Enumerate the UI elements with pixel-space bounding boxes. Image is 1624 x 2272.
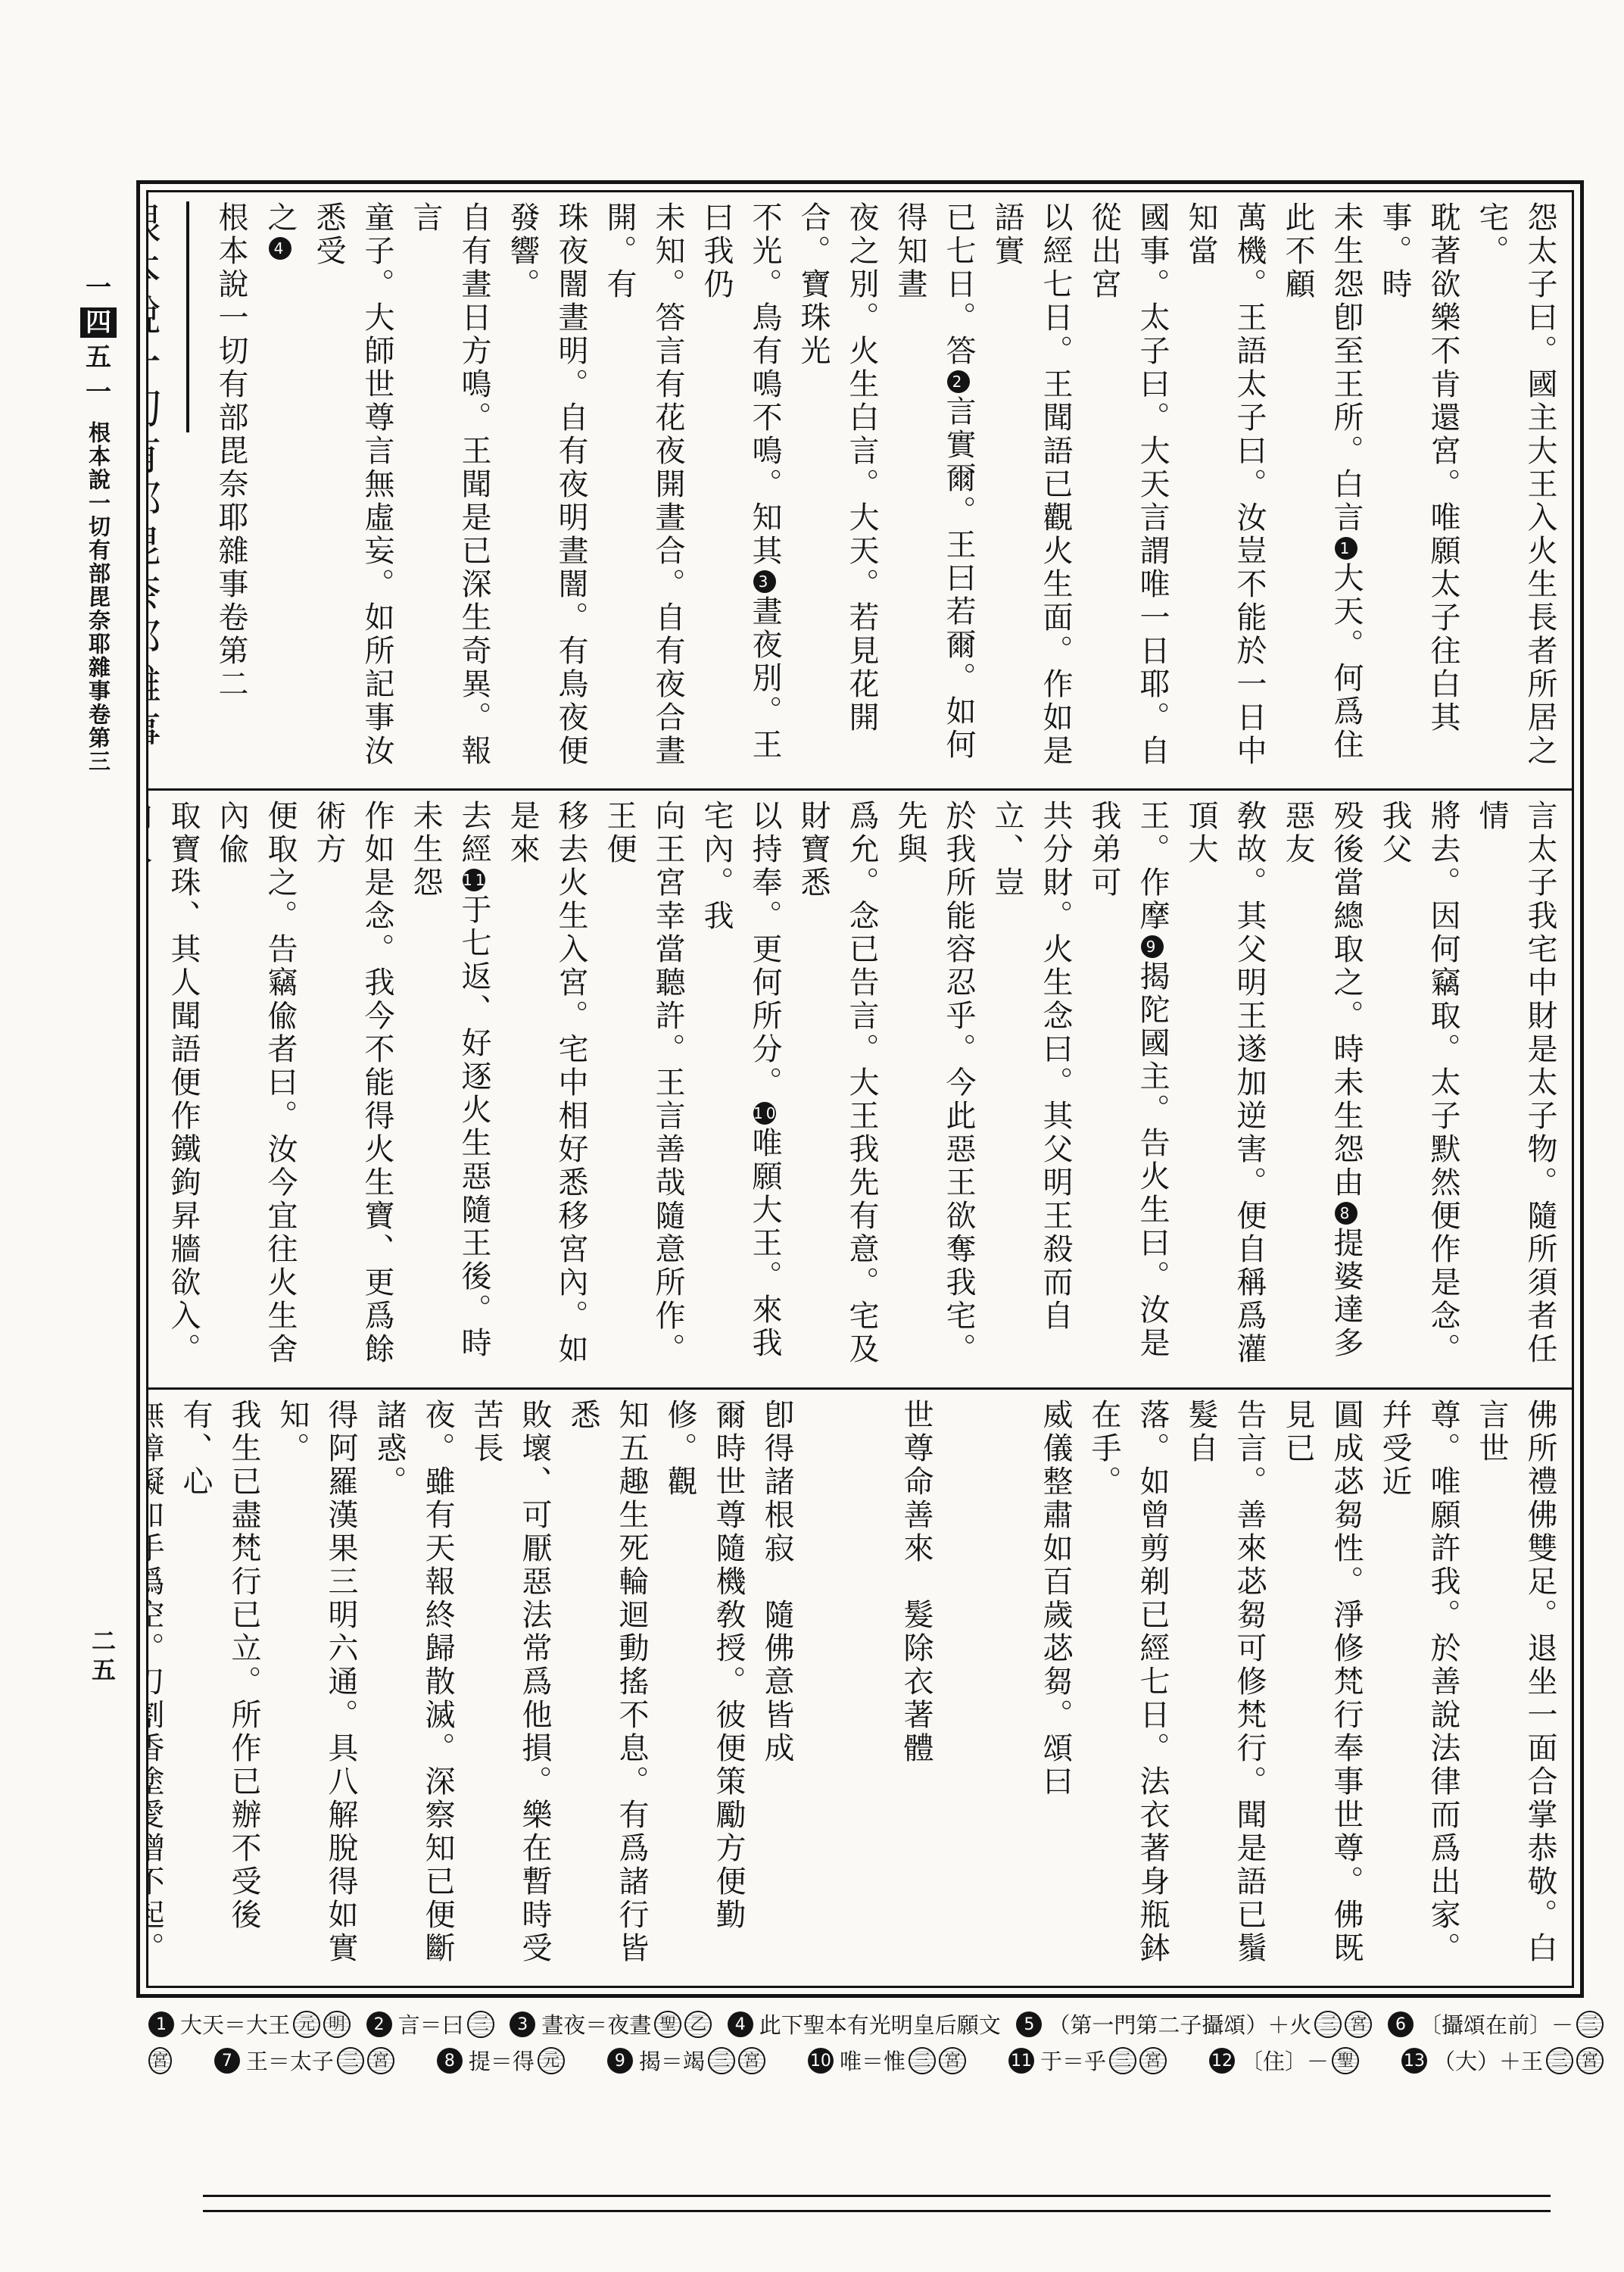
- footnote-text: 〔攝頌在前〕－: [1420, 2008, 1573, 2039]
- footnote-text: 唯＝惟: [840, 2045, 906, 2076]
- text-column: 自有晝日方鳴。王聞是已深生奇異。報言: [401, 201, 498, 779]
- variant-sigla: 乙: [684, 2011, 712, 2038]
- variant-sigla: 三: [1546, 2047, 1573, 2074]
- variant-sigla: 元: [538, 2047, 565, 2074]
- variant-sigla: 宮: [1139, 2047, 1167, 2074]
- footnote-marker: 4: [269, 237, 291, 260]
- variant-sigla: 三: [1109, 2047, 1136, 2074]
- footnote-text: 揭＝竭: [639, 2045, 705, 2076]
- text-column: 敎故。其父明王遂加逆害。便自稱爲灌頂大: [1177, 800, 1273, 1378]
- footnote-entry: 1大天＝大王元明: [148, 2008, 351, 2039]
- page: { "colors": { "ink": "#141414", "paper":…: [0, 0, 1624, 2272]
- footnote-number: 7: [214, 2048, 240, 2074]
- margin-text-number-char: 一: [80, 377, 117, 407]
- text-column: 國事。太子曰。大天言謂唯一日耶。自從出宮: [1080, 201, 1177, 779]
- register-bottom: 佛所禮佛雙足。退坐一面合掌恭敬。白言世尊。唯願許我。於善說法律而爲出家。幷受近圓…: [148, 1387, 1572, 1986]
- footnote-text: 〔住〕－: [1241, 2045, 1329, 2076]
- register-middle: 言太子我宅中財是太子物。隨所須者任情將去。因何竊取。太子默然便作是念。我父殁後當…: [148, 788, 1572, 1387]
- text-column: 殁後當總取之。時未生怨由8提婆達多惡友: [1273, 800, 1370, 1378]
- variant-sigla: 宮: [939, 2047, 966, 2074]
- text-column: 佛所禮佛雙足。退坐一面合掌恭敬。白言世: [1467, 1399, 1564, 1977]
- text-column: 共分財。火生念曰。其父明王殺而自立、豈: [983, 800, 1080, 1378]
- footnote-apparatus: 1大天＝大王元明2言＝曰三3晝夜＝夜晝聖乙4此下聖本有光明皇后願文5（第一門第二…: [148, 2008, 1604, 2081]
- page-bottom-rule: [203, 2195, 1551, 2197]
- footnote-entry: 13（大）＋王三宮: [1401, 2045, 1604, 2076]
- footnote-entry: 9揭＝竭三宮: [607, 2045, 765, 2076]
- footnote-entry: 8提＝得元: [437, 2045, 565, 2076]
- text-column: 向王宮幸當聽許。王言善哉隨意所作。王便: [595, 800, 692, 1378]
- verse-line: 世尊命善來 髮除衣著體: [892, 1399, 1031, 1977]
- text-frame-inner: 怨太子曰。國主大王入火生長者所居之宅。耽著欲樂不肯還宮。唯願太子往白其事。時未生…: [146, 190, 1574, 1988]
- text-column: 尊。唯願許我。於善說法律而爲出家。幷受近: [1370, 1399, 1467, 1977]
- variant-sigla: 宮: [1345, 2011, 1372, 2038]
- footnote-text: 晝夜＝夜晝: [541, 2008, 651, 2039]
- variant-sigla: 元: [293, 2011, 320, 2038]
- text-column: 去經11于七返、好逐火生惡隨王後。時未生怨: [401, 800, 498, 1378]
- footnote-marker: 10: [753, 1102, 776, 1125]
- margin-running-title: 根本說一切有部毘奈耶雜事卷第三: [83, 421, 114, 785]
- variant-sigla: 聖: [654, 2011, 681, 2038]
- text-frame: 怨太子曰。國主大王入火生長者所居之宅。耽著欲樂不肯還宮。唯願太子往白其事。時未生…: [136, 180, 1584, 1998]
- margin-folio-number: 二五: [85, 1628, 120, 1686]
- text-column: 不光。鳥有鳴不鳴。知其3晝夜別。王曰我仍: [692, 201, 789, 779]
- footnote-row: 宮7王＝太子三宮8提＝得元9揭＝竭三宮10唯＝惟三宮11于＝乎三宮12〔住〕－聖…: [148, 2045, 1604, 2076]
- margin-text-number-char: 五: [80, 342, 117, 373]
- footnote-text: 言＝曰: [398, 2008, 464, 2039]
- text-column: 耽著欲樂不肯還宮。唯願太子往白其事。時: [1370, 201, 1467, 779]
- text-column: 童子。大師世尊言無虛妄。如所記事汝悉受: [304, 201, 401, 779]
- margin-text-number-char: 一: [80, 273, 117, 303]
- text-column: 怨太子曰。國主大王入火生長者所居之宅。: [1467, 201, 1564, 779]
- fascicle-end-colophon: 根本說一切有部毘奈耶雜事卷第二: [206, 201, 256, 779]
- footnote-marker: 8: [1335, 1202, 1357, 1225]
- footnote-entry: 10唯＝惟三宮: [808, 2045, 966, 2076]
- footnote-text: 此下聖本有光明皇后願文: [759, 2008, 1001, 2039]
- text-column: 作如是念。我今不能得火生寶、更爲餘術方: [304, 800, 401, 1378]
- text-column: 之4: [256, 201, 304, 779]
- text-column: 取寶珠、其人聞語便作鐵鉤昇牆欲入。內人: [148, 800, 207, 1378]
- page-bottom-rule: [203, 2210, 1551, 2212]
- footnote-marker: 9: [1141, 935, 1164, 958]
- text-column: 言太子我宅中財是太子物。隨所須者任情: [1467, 800, 1564, 1378]
- margin-text-number-char: 四: [80, 307, 117, 338]
- footnote-number: 3: [510, 2011, 535, 2037]
- text-column: 得阿羅漢果三明六通。具八解脫得如實知。: [268, 1399, 365, 1977]
- variant-sigla: 三: [467, 2011, 494, 2038]
- variant-sigla: 三: [337, 2047, 364, 2074]
- footnote-marker: 1: [1335, 537, 1357, 560]
- text-column: 珠夜闇晝明。自有夜明晝闇。有鳥夜便發響。: [498, 201, 595, 779]
- variant-sigla: 明: [323, 2011, 351, 2038]
- text-column: 落。如曾剪剃已經七日。法衣著身瓶鉢在手。: [1080, 1399, 1177, 1977]
- footnote-entry: 2言＝曰三: [366, 2008, 494, 2039]
- text-column: 王。作摩9揭陀國主。告火生曰。汝是我弟可: [1080, 800, 1177, 1378]
- footnote-number: 10: [808, 2048, 834, 2074]
- footnote-number: 5: [1016, 2011, 1042, 2037]
- text-column: 爾時世尊隨機敎授。彼便策勵方便勤修。觀: [656, 1399, 753, 1977]
- variant-sigla: 三: [1576, 2011, 1604, 2038]
- footnote-entry: 12〔住〕－聖: [1209, 2045, 1359, 2076]
- footnote-text: （第一門第二子攝頌）＋火: [1048, 2008, 1311, 2039]
- text-column: 告言。善來苾芻可修梵行。聞是語已鬚髮自: [1177, 1399, 1273, 1977]
- text-column: 便取之。告竊偸者曰。汝今宜往火生舍內偸: [207, 800, 304, 1378]
- variant-sigla: 宮: [148, 2047, 172, 2074]
- footnote-text: 大天＝大王: [180, 2008, 290, 2039]
- text-column: 未生怨卽至王所。白言1大天。何爲住此不顧: [1273, 201, 1370, 779]
- margin-text-number: 一四五一: [80, 273, 117, 412]
- footnote-number: 1: [148, 2011, 174, 2037]
- footnote-entry: 6〔攝頌在前〕－三: [1388, 2008, 1604, 2039]
- text-column: 敗壞、可厭惡法常爲他損。樂在暫時受苦長: [462, 1399, 559, 1977]
- variant-sigla: 三: [1314, 2011, 1342, 2038]
- footnote-number: 2: [366, 2011, 392, 2037]
- footnote-marker: 2: [947, 370, 970, 393]
- footnote-marker: 3: [753, 570, 776, 593]
- text-column: 萬機。王語太子曰。汝豈不能於一日中知當: [1177, 201, 1273, 779]
- variant-sigla: 宮: [367, 2047, 394, 2074]
- variant-sigla: 宮: [1576, 2047, 1604, 2074]
- text-column: 無障礙如手撝空。刀割香塗愛憎不起。觀金: [148, 1399, 171, 1977]
- footnote-number: 4: [728, 2011, 753, 2037]
- footnote-number: 6: [1388, 2011, 1414, 2037]
- footnote-text: 王＝太子: [246, 2045, 334, 2076]
- text-column: 將去。因何竊取。太子默然便作是念。我父: [1370, 800, 1467, 1378]
- footnote-entry: 4此下聖本有光明皇后願文: [728, 2008, 1001, 2039]
- footnote-row: 1大天＝大王元明2言＝曰三3晝夜＝夜晝聖乙4此下聖本有光明皇后願文5（第一門第二…: [148, 2008, 1604, 2039]
- register-top: 怨太子曰。國主大王入火生長者所居之宅。耽著欲樂不肯還宮。唯願太子往白其事。時未生…: [148, 192, 1572, 788]
- footnote-marker: 11: [463, 869, 485, 891]
- variant-sigla: 三: [909, 2047, 936, 2074]
- variant-sigla: 三: [708, 2047, 735, 2074]
- footnote-number: 11: [1008, 2048, 1034, 2074]
- footnote-number: 9: [607, 2048, 633, 2074]
- footnote-entry: 11于＝乎三宮: [1008, 2045, 1167, 2076]
- footnote-text: （大）＋王: [1433, 2045, 1543, 2076]
- text-column: 以經七日。王聞語已觀火生面。作如是語實: [983, 201, 1080, 779]
- verse-line: 卽得諸根寂 隨佛意皆成: [753, 1399, 892, 1977]
- text-column: 圓成苾芻性。淨修梵行奉事世尊。佛既見已: [1273, 1399, 1370, 1977]
- variant-sigla: 聖: [1332, 2047, 1359, 2074]
- text-column: 夜之別。火生白言。大天。若見花開合。寶珠光: [789, 201, 886, 779]
- variant-sigla: 宮: [738, 2047, 765, 2074]
- text-column: 未知。答言有花夜開晝合。自有夜合晝開。有: [595, 201, 692, 779]
- text-column: 移去火生入宮。宅中相好悉移宮內。如是來: [498, 800, 595, 1378]
- text-column: 以持奉。更何所分。10唯願大王。來我宅內。我: [692, 800, 789, 1378]
- section-divider: [186, 201, 189, 432]
- fascicle-title: 根本說一切有部毘奈耶雜事: [148, 201, 170, 779]
- text-column: 我生已盡梵行已立。所作已辦不受後有、心: [171, 1399, 268, 1977]
- footnote-entry: 5（第一門第二子攝頌）＋火三宮: [1016, 2008, 1372, 2039]
- text-column: 夜。雖有天報終歸散滅。深察知已便斷諸惑。: [365, 1399, 462, 1977]
- text-column: 爲允。念已告言。大王我先有意。宅及財寶悉: [789, 800, 886, 1378]
- footnote-number: 12: [1209, 2048, 1235, 2074]
- footnote-number: 13: [1401, 2048, 1427, 2074]
- text-column: 威儀整肅如百歲苾芻。頌曰: [1031, 1399, 1080, 1977]
- footnote-entry: 3晝夜＝夜晝聖乙: [510, 2008, 712, 2039]
- footnote-entry: 7王＝太子三宮: [214, 2045, 394, 2076]
- footnote-text: 提＝得: [469, 2045, 535, 2076]
- text-column: 已七日。答2言實爾。王曰若爾。如何得知晝: [886, 201, 983, 779]
- footnote-text: 于＝乎: [1040, 2045, 1106, 2076]
- footnote-number: 8: [437, 2048, 463, 2074]
- text-column: 知五趣生死輪迴動搖不息。有爲諸行皆悉: [559, 1399, 656, 1977]
- text-column: 於我所能容忍乎。今此惡王欲奪我宅。先與: [886, 800, 983, 1378]
